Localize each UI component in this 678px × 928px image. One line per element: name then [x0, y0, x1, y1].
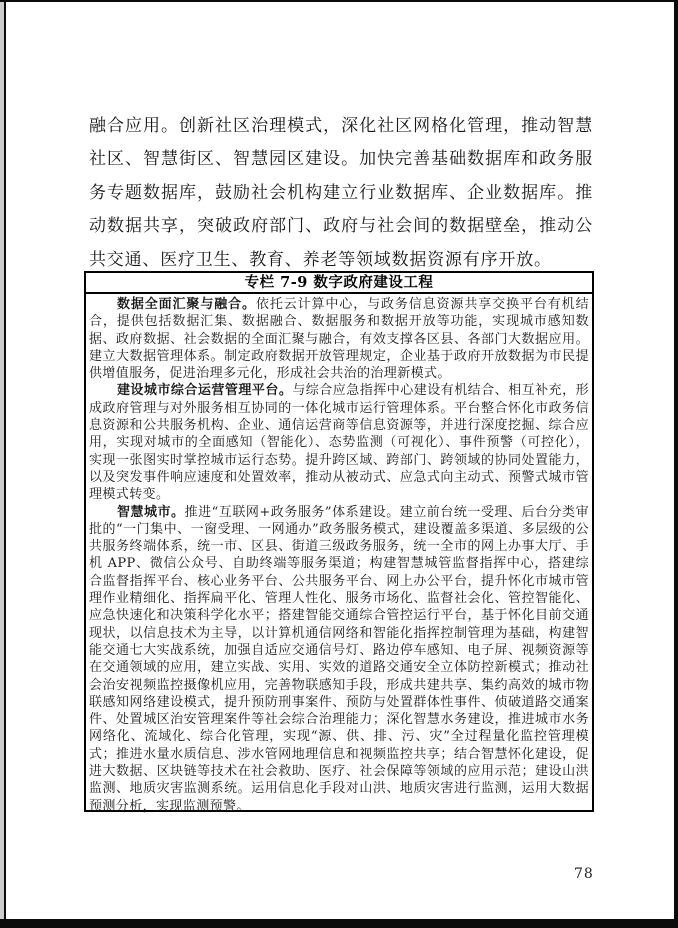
- scan-edge-left-line: [4, 0, 6, 928]
- callout-paragraph-smart-city: 智慧城市。推进“互联网+政务服务”体系建设。建立前台统一受理、后台分类审批的“一…: [89, 504, 589, 815]
- callout-paragraph-text: 与综合应急指挥中心建设有机结合、相互补充，形成政府管理与对外服务相互协同的一体化…: [89, 383, 589, 502]
- callout-paragraph-data-convergence: 数据全面汇聚与融合。依托云计算中心，与政务信息资源共享交换平台有机结合，提供包括…: [89, 296, 589, 382]
- callout-box-body: 数据全面汇聚与融合。依托云计算中心，与政务信息资源共享交换平台有机结合，提供包括…: [86, 294, 592, 815]
- document-page: 融合应用。创新社区治理模式，深化社区网格化管理，推动智慧社区、智慧街区、智慧园区…: [0, 0, 678, 928]
- scan-edge-top-line: [0, 0, 678, 2]
- page-number: 78: [574, 866, 594, 882]
- callout-paragraph-lead: 建设城市综合运营管理平台。: [117, 383, 292, 398]
- callout-box-title: 专栏 7-9 数字政府建设工程: [86, 273, 592, 294]
- body-continuation-paragraph: 融合应用。创新社区治理模式，深化社区网格化管理，推动智慧社区、智慧街区、智慧园区…: [89, 110, 593, 277]
- scan-edge-right-strip: [674, 0, 678, 928]
- scan-edge-bottom-strip: [0, 919, 678, 928]
- callout-box-7-9: 专栏 7-9 数字政府建设工程 数据全面汇聚与融合。依托云计算中心，与政务信息资…: [84, 271, 594, 812]
- callout-paragraph-lead: 数据全面汇聚与融合。: [117, 297, 256, 312]
- callout-paragraph-city-operations-platform: 建设城市综合运营管理平台。与综合应急指挥中心建设有机结合、相互补充，形成政府管理…: [89, 382, 589, 503]
- callout-paragraph-lead: 智慧城市。: [117, 505, 185, 520]
- callout-paragraph-text: 推进“互联网+政务服务”体系建设。建立前台统一受理、后台分类审批的“一门集中、一…: [89, 505, 589, 814]
